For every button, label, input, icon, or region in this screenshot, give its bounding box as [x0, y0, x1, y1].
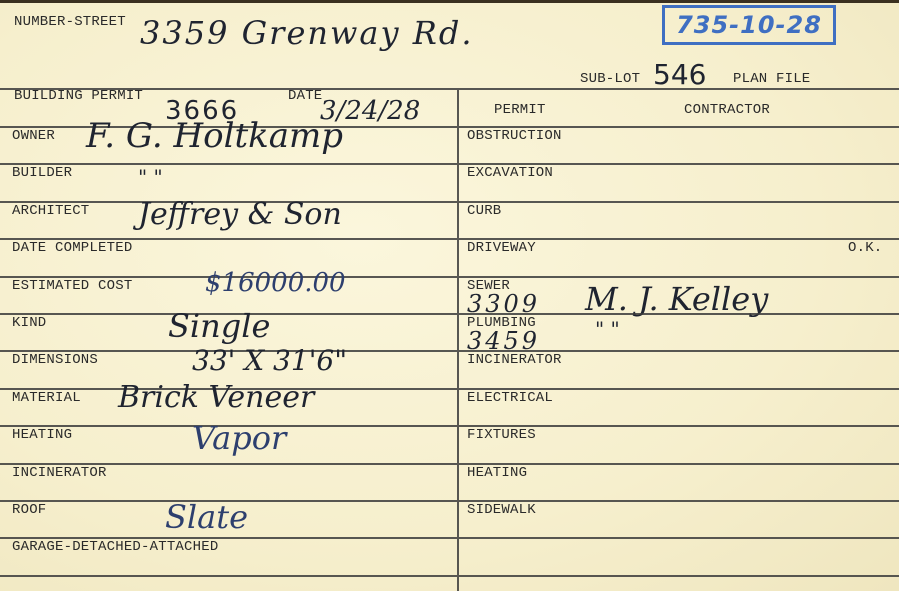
field-label: OWNER: [12, 128, 55, 144]
contractor-name: " ": [595, 317, 620, 341]
number-street-label: NUMBER-STREET: [14, 14, 126, 30]
field-value: Vapor: [192, 419, 286, 457]
field-label: MATERIAL: [12, 390, 81, 406]
contractor-name: M. J. Kelley: [585, 280, 768, 318]
sub-lot-value: 546: [653, 58, 706, 91]
row-divider: [0, 575, 457, 577]
file-number-stamp: 735-10-28: [662, 5, 836, 45]
card-top-edge: [0, 0, 899, 3]
date-label: DATE: [288, 88, 322, 104]
building-permit-card: NUMBER-STREET 3359 Grenway Rd. 735-10-28…: [0, 0, 899, 591]
row-divider: [459, 276, 899, 278]
permit-type-label: OBSTRUCTION: [467, 128, 562, 144]
field-value: 33' X 31'6": [192, 344, 347, 377]
field-value: Brick Veneer: [118, 380, 314, 415]
permit-type-label: EXCAVATION: [467, 165, 553, 181]
permit-type-label: ELECTRICAL: [467, 390, 553, 406]
permit-column-header: PERMIT: [494, 102, 546, 118]
field-value: Slate: [165, 498, 248, 536]
field-label: DATE COMPLETED: [12, 240, 132, 256]
row-divider: [459, 201, 899, 203]
field-label: DIMENSIONS: [12, 352, 98, 368]
approval-note: O.K.: [848, 240, 882, 256]
field-value: Jeffrey & Son: [138, 197, 342, 232]
field-label: HEATING: [12, 427, 72, 443]
permit-type-label: HEATING: [467, 465, 527, 481]
row-divider: [459, 537, 899, 539]
building-permit-label: BUILDING PERMIT: [14, 88, 143, 104]
permit-type-label: SIDEWALK: [467, 502, 536, 518]
permit-type-label: CURB: [467, 203, 501, 219]
field-value: F. G. Holtkamp: [86, 116, 343, 156]
field-label: ARCHITECT: [12, 203, 89, 219]
field-label: KIND: [12, 315, 46, 331]
field-value: Single: [168, 307, 270, 345]
contractor-column-header: CONTRACTOR: [684, 102, 770, 118]
sub-lot-label: SUB-LOT: [580, 71, 640, 87]
field-label: INCINERATOR: [12, 465, 107, 481]
number-street-value: 3359 Grenway Rd.: [140, 14, 473, 52]
plan-file-label: PLAN FILE: [733, 71, 810, 87]
field-value: " ": [138, 165, 163, 189]
permit-type-label: FIXTURES: [467, 427, 536, 443]
field-label: ROOF: [12, 502, 46, 518]
field-value: $16000.00: [205, 268, 346, 298]
permit-type-label: DRIVEWAY: [467, 240, 536, 256]
row-divider: [459, 575, 899, 577]
field-label: GARAGE-DETACHED-ATTACHED: [12, 539, 218, 555]
field-label: ESTIMATED COST: [12, 278, 132, 294]
field-label: BUILDER: [12, 165, 72, 181]
permit-type-label: INCINERATOR: [467, 352, 562, 368]
